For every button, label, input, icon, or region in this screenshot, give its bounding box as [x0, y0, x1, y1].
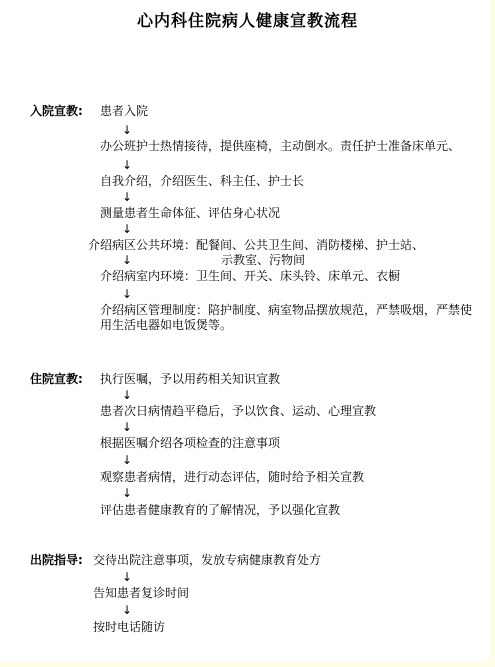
step-text: 按时电话随访 [93, 620, 165, 634]
down-arrow-icon: ↓ [122, 486, 132, 500]
step-text: 评估患者健康教育的了解情况，予以强化宣教 [100, 503, 340, 517]
step-text: 办公班护士热情接待，提供座椅，主动倒水。责任护士准备床单元、 [100, 139, 460, 153]
down-arrow-icon: ↓ [122, 388, 132, 402]
step-text: 介绍病区管理制度：陪护制度、病室物品摆放规范，严禁吸烟，严禁使用生活电器如电饭煲… [100, 303, 475, 333]
step-text: 测量患者生命体征、评估身心状况 [100, 206, 280, 220]
down-arrow-icon: ↓ [122, 420, 132, 434]
step-text: 患者次日病情趋平稳后，予以饮食、运动、心理宣教 [100, 404, 376, 418]
section-label-admission: 入院宣教: [30, 104, 83, 118]
step-text: 执行医嘱，予以用药相关知识宣教 [100, 372, 280, 386]
down-arrow-icon: ↓ [122, 453, 132, 467]
step-text: 自我介绍，介绍医生、科主任、护士长 [100, 174, 304, 188]
section-label-discharge: 出院指导: [30, 553, 83, 567]
section-label-inpatient: 住院宣教: [30, 372, 83, 386]
down-arrow-icon: ↓ [122, 190, 132, 204]
down-arrow-icon: ↓ [122, 158, 132, 172]
step-text: 介绍病区公共环境：配餐间、公共卫生间、消防楼梯、护士站、 [88, 238, 424, 252]
step-text: 告知患者复诊时间 [93, 586, 189, 600]
step-text: 患者入院 [100, 104, 148, 118]
step-text: 交待出院注意事项，发放专病健康教育处方 [93, 553, 321, 567]
down-arrow-icon: ↓ [122, 603, 132, 617]
down-arrow-icon: ↓ [122, 253, 132, 267]
down-arrow-icon: ↓ [122, 570, 132, 584]
step-text: 介绍病室内环境：卫生间、开关、床头铃、床单元、衣橱 [100, 269, 400, 283]
down-arrow-icon: ↓ [122, 287, 132, 301]
page-title: 心内科住院病人健康宣教流程 [0, 8, 495, 31]
step-text: 观察患者病情，进行动态评估，随时给予相关宣教 [100, 470, 364, 484]
step-text-continued: 示教室、污物间 [221, 253, 305, 267]
down-arrow-icon: ↓ [122, 123, 132, 137]
document-page: 心内科住院病人健康宣教流程 入院宣教: 患者入院 ↓ 办公班护士热情接待，提供座… [0, 0, 490, 661]
down-arrow-icon: ↓ [122, 222, 132, 236]
step-text: 根据医嘱介绍各项检查的注意事项 [100, 436, 280, 450]
